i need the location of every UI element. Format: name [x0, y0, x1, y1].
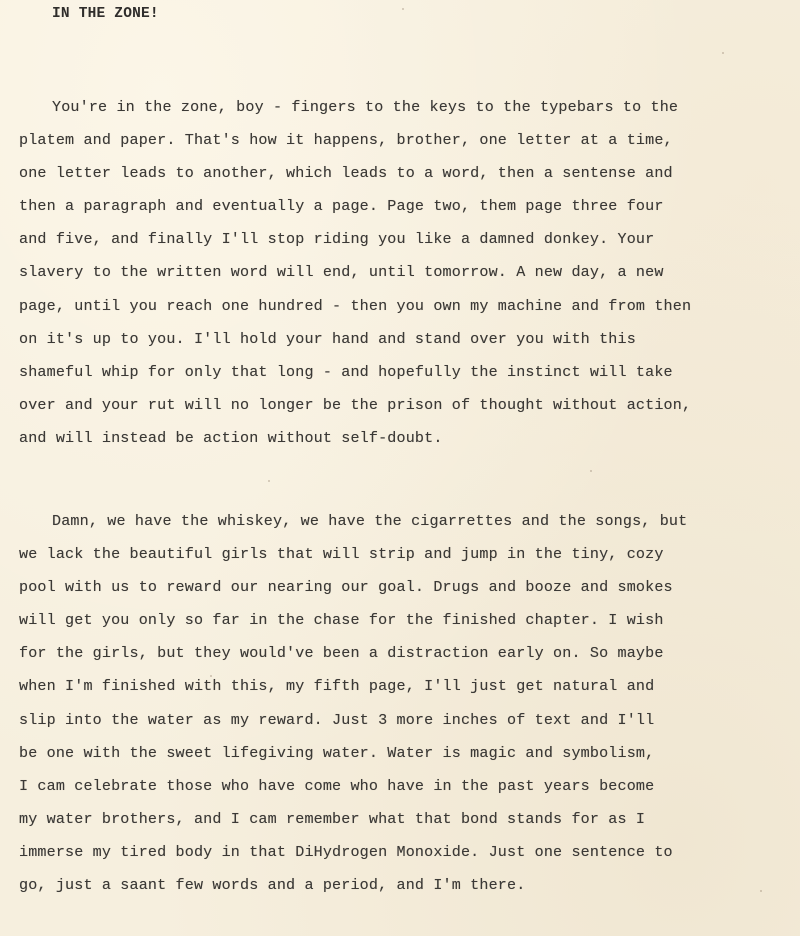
text-line: when I'm finished with this, my fifth pa… [19, 675, 687, 708]
paper-speck [590, 470, 592, 472]
text-line: go, just a saant few words and a period,… [19, 874, 687, 907]
text-line: slavery to the written word will end, un… [19, 261, 691, 294]
text-line: shameful whip for only that long - and h… [19, 361, 691, 394]
page-title: IN THE ZONE! [52, 6, 159, 22]
text-line: Damn, we have the whiskey, we have the c… [19, 510, 687, 543]
text-line: be one with the sweet lifegiving water. … [19, 742, 687, 775]
text-line: my water brothers, and I cam remember wh… [19, 808, 687, 841]
text-line: on it's up to you. I'll hold your hand a… [19, 328, 691, 361]
text-line: one letter leads to another, which leads… [19, 162, 691, 195]
paper-speck [210, 675, 212, 677]
paper-speck [760, 890, 762, 892]
text-line: and five, and finally I'll stop riding y… [19, 228, 691, 261]
text-line: platem and paper. That's how it happens,… [19, 129, 691, 162]
typewritten-page: IN THE ZONE! You're in the zone, boy - f… [0, 0, 800, 936]
text-line: for the girls, but they would've been a … [19, 642, 687, 675]
paper-speck [722, 52, 724, 54]
paragraph-1: You're in the zone, boy - fingers to the… [19, 96, 691, 460]
paper-speck [268, 480, 270, 482]
text-line: immerse my tired body in that DiHydrogen… [19, 841, 687, 874]
text-line: You're in the zone, boy - fingers to the… [19, 96, 691, 129]
text-line: slip into the water as my reward. Just 3… [19, 709, 687, 742]
paragraph-2: Damn, we have the whiskey, we have the c… [19, 510, 687, 907]
text-line: I cam celebrate those who have come who … [19, 775, 687, 808]
text-line: then a paragraph and eventually a page. … [19, 195, 691, 228]
paper-speck [402, 8, 404, 10]
text-line: pool with us to reward our nearing our g… [19, 576, 687, 609]
text-line: and will instead be action without self-… [19, 427, 691, 460]
text-line: over and your rut will no longer be the … [19, 394, 691, 427]
text-line: will get you only so far in the chase fo… [19, 609, 687, 642]
text-line: we lack the beautiful girls that will st… [19, 543, 687, 576]
text-line: page, until you reach one hundred - then… [19, 295, 691, 328]
